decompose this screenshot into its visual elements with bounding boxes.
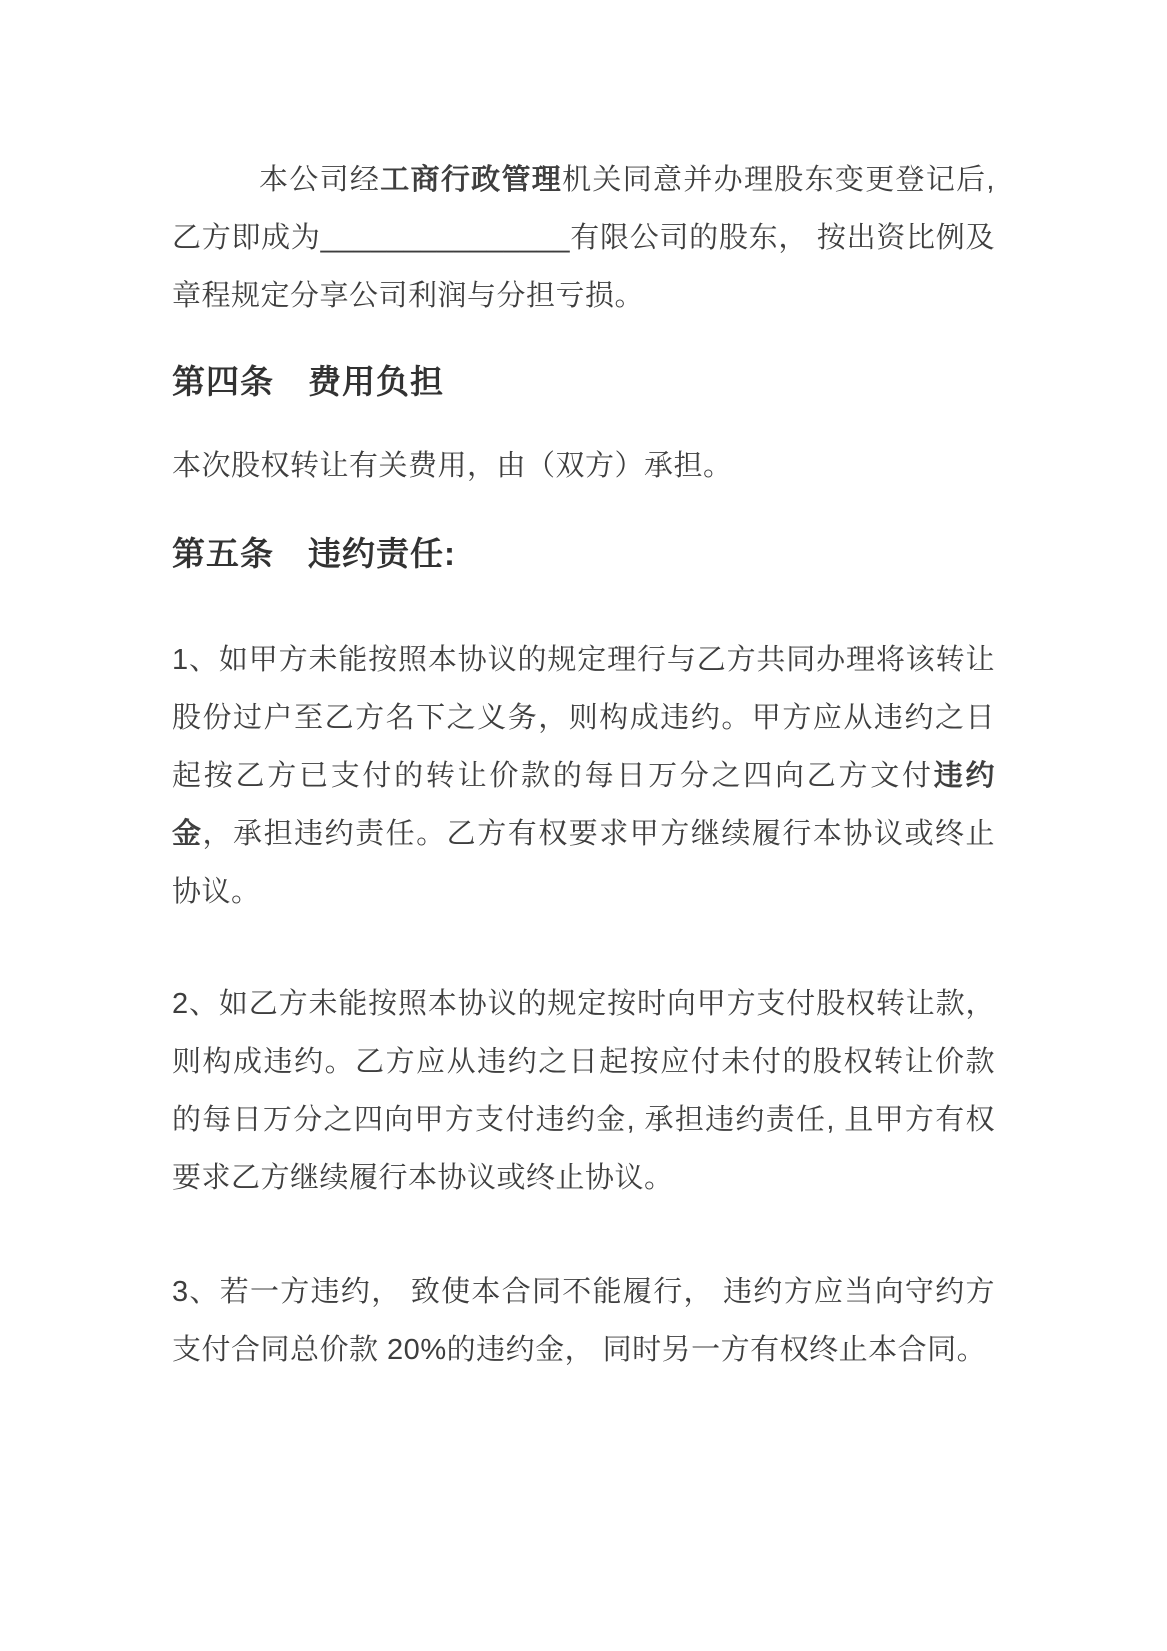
article5-item2-paragraph: 2、如乙方未能按照本协议的规定按时向甲方支付股权转让款，则构成违约。乙方应从违约… (172, 975, 995, 1207)
article5-item3-paragraph: 3、若一方违约， 致使本合同不能履行， 违约方应当向守约方支付合同总价款 20%… (172, 1263, 995, 1379)
text-run: 1、如甲方未能按照本协议的规定理行与乙方共同办理将该转让股份过户至乙方名下之义务… (172, 644, 995, 792)
intro-paragraph: 本公司经工商行政管理机关同意并办理股东变更登记后, 乙方即成为_________… (172, 151, 995, 325)
text-run: 本次股权转让有关费用，由（双方）承担。 (172, 450, 733, 482)
article4-body-paragraph: 本次股权转让有关费用，由（双方）承担。 (172, 437, 995, 495)
contract-page: 本公司经工商行政管理机关同意并办理股东变更登记后, 乙方即成为_________… (0, 0, 1167, 1651)
article5-item1-paragraph: 1、如甲方未能按照本协议的规定理行与乙方共同办理将该转让股份过户至乙方名下之义务… (172, 631, 995, 921)
text-run: 工商行政管理 (380, 164, 562, 196)
text-run: 2、如乙方未能按照本协议的规定按时向甲方支付股权转让款，则构成违约。乙方应从违约… (172, 988, 995, 1194)
text-run: _______________ (321, 222, 570, 254)
text-run: ，承担违约责任。乙方有权要求甲方继续履行本协议或终止协议。 (172, 818, 995, 908)
article5-heading: 第五条 违约责任: (172, 531, 995, 577)
text-run: 本公司经 (259, 164, 380, 196)
text-run: 3、若一方违约， 致使本合同不能履行， 违约方应当向守约方支付合同总价款 20%… (172, 1276, 995, 1366)
article4-heading: 第四条 费用负担 (172, 359, 995, 405)
